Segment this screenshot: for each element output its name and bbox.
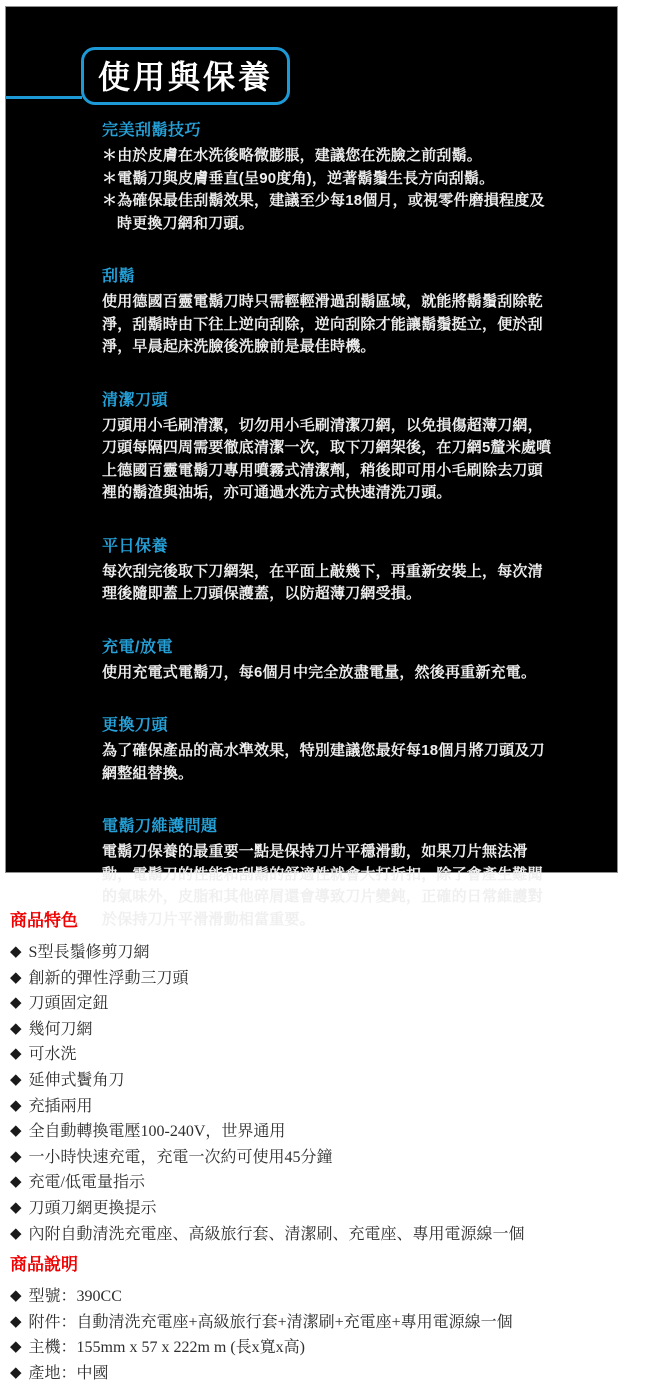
spec-text: 主機：155mm x 57 x 222m m (長x寬x高) xyxy=(29,1339,305,1356)
section-body: 每次刮完後取下刀網架，在平面上敲幾下，再重新安裝上，每次清理後隨即蓋上刀頭保護蓋… xyxy=(102,561,554,606)
specs-heading: 商品說明 xyxy=(10,1250,513,1275)
diamond-bullet-icon: ◆ xyxy=(10,1195,22,1221)
feature-text: 創新的彈性浮動三刀頭 xyxy=(29,970,189,987)
tip-line: ＊電鬍刀與皮膚垂直(呈90度角)，逆著鬍鬚生長方向刮鬍。 xyxy=(102,168,554,191)
list-item: ◆一小時快速充電，充電一次約可使用45分鐘 xyxy=(10,1145,525,1171)
diamond-bullet-icon: ◆ xyxy=(10,1016,22,1042)
section-shaving-tips: 完美刮鬍技巧 ＊由於皮膚在水洗後略微膨脹，建議您在洗臉之前刮鬍。 ＊電鬍刀與皮膚… xyxy=(102,117,554,235)
section-daily-care: 平日保養 每次刮完後取下刀網架，在平面上敲幾下，再重新安裝上，每次清理後隨即蓋上… xyxy=(102,533,554,606)
section-shaving: 刮鬍 使用德國百靈電鬍刀時只需輕輕滑過刮鬍區域，就能將鬍鬚刮除乾淨，刮鬍時由下往… xyxy=(102,263,554,359)
diamond-bullet-icon: ◆ xyxy=(10,965,22,991)
spec-text: 型號：390CC xyxy=(29,1288,122,1305)
diamond-bullet-icon: ◆ xyxy=(10,1067,22,1093)
feature-text: 可水洗 xyxy=(29,1046,77,1063)
diamond-bullet-icon: ◆ xyxy=(10,990,22,1016)
list-item: ◆可水洗 xyxy=(10,1042,525,1068)
features-list: ◆S型長鬚修剪刀網 ◆創新的彈性浮動三刀頭 ◆刀頭固定鈕 ◆幾何刀網 ◆可水洗 … xyxy=(10,940,525,1247)
section-body: 使用德國百靈電鬍刀時只需輕輕滑過刮鬍區域，就能將鬍鬚刮除乾淨，刮鬍時由下往上逆向… xyxy=(102,291,554,359)
list-item: ◆充插兩用 xyxy=(10,1094,525,1120)
section-heading: 完美刮鬍技巧 xyxy=(102,117,554,140)
feature-text: 全自動轉換電壓100-240V，世界通用 xyxy=(29,1123,286,1140)
list-item: ◆延伸式鬢角刀 xyxy=(10,1068,525,1094)
diamond-bullet-icon: ◆ xyxy=(10,1169,22,1195)
feature-text: 延伸式鬢角刀 xyxy=(29,1072,125,1089)
feature-text: 刀頭刀網更換提示 xyxy=(29,1200,157,1217)
section-charge-discharge: 充電/放電 使用充電式電鬍刀，每6個月中完全放盡電量，然後再重新充電。 xyxy=(102,634,554,685)
list-item: ◆幾何刀網 xyxy=(10,1017,525,1043)
list-item: ◆全自動轉換電壓100-240V，世界通用 xyxy=(10,1119,525,1145)
specs-section: 商品說明 ◆型號：390CC ◆附件：自動清洗充電座+高級旅行套+清潔刷+充電座… xyxy=(10,1250,513,1386)
section-body: 使用充電式電鬍刀，每6個月中完全放盡電量，然後再重新充電。 xyxy=(102,662,554,685)
care-panel-title-box: 使用與保養 xyxy=(81,47,290,105)
diamond-bullet-icon: ◆ xyxy=(10,1309,22,1335)
features-heading: 商品特色 xyxy=(10,906,525,931)
diamond-bullet-icon: ◆ xyxy=(10,1283,22,1309)
diamond-bullet-icon: ◆ xyxy=(10,1041,22,1067)
specs-list: ◆型號：390CC ◆附件：自動清洗充電座+高級旅行套+清潔刷+充電座+專用電源… xyxy=(10,1284,513,1386)
diamond-bullet-icon: ◆ xyxy=(10,1118,22,1144)
section-heading: 充電/放電 xyxy=(102,634,554,657)
list-item: ◆主機：155mm x 57 x 222m m (長x寬x高) xyxy=(10,1335,513,1361)
feature-text: 內附自動清洗充電座、高級旅行套、清潔刷、充電座、專用電源線一個 xyxy=(29,1226,525,1243)
list-item: ◆刀頭固定鈕 xyxy=(10,991,525,1017)
list-item: ◆刀頭刀網更換提示 xyxy=(10,1196,525,1222)
diamond-bullet-icon: ◆ xyxy=(10,939,22,965)
list-item: ◆內附自動清洗充電座、高級旅行套、清潔刷、充電座、專用電源線一個 xyxy=(10,1222,525,1248)
section-body: 刀頭用小毛刷清潔，切勿用小毛刷清潔刀網，以免損傷超薄刀網，刀頭每隔四周需要徹底清… xyxy=(102,415,554,505)
tip-line: ＊由於皮膚在水洗後略微膨脹，建議您在洗臉之前刮鬍。 xyxy=(102,145,554,168)
section-replace-head: 更換刀頭 為了確保產品的高水準效果，特別建議您最好每18個月將刀頭及刀網整組替換… xyxy=(102,712,554,785)
care-panel: 使用與保養 完美刮鬍技巧 ＊由於皮膚在水洗後略微膨脹，建議您在洗臉之前刮鬍。 ＊… xyxy=(5,6,618,873)
product-detail-page: 使用與保養 完美刮鬍技巧 ＊由於皮膚在水洗後略微膨脹，建議您在洗臉之前刮鬍。 ＊… xyxy=(0,0,650,1386)
care-panel-title: 使用與保養 xyxy=(98,59,273,95)
features-section: 商品特色 ◆S型長鬚修剪刀網 ◆創新的彈性浮動三刀頭 ◆刀頭固定鈕 ◆幾何刀網 … xyxy=(10,906,525,1247)
diamond-bullet-icon: ◆ xyxy=(10,1093,22,1119)
feature-text: 幾何刀網 xyxy=(29,1021,93,1038)
care-panel-content: 完美刮鬍技巧 ＊由於皮膚在水洗後略微膨脹，建議您在洗臉之前刮鬍。 ＊電鬍刀與皮膚… xyxy=(102,117,554,931)
list-item: ◆S型長鬚修剪刀網 xyxy=(10,940,525,966)
list-item: ◆產地：中國 xyxy=(10,1361,513,1386)
section-heading: 更換刀頭 xyxy=(102,712,554,735)
feature-text: 一小時快速充電，充電一次約可使用45分鐘 xyxy=(29,1149,333,1166)
diamond-bullet-icon: ◆ xyxy=(10,1360,22,1386)
feature-text: 刀頭固定鈕 xyxy=(29,995,109,1012)
feature-text: 充插兩用 xyxy=(29,1098,93,1115)
section-clean-head: 清潔刀頭 刀頭用小毛刷清潔，切勿用小毛刷清潔刀網，以免損傷超薄刀網，刀頭每隔四周… xyxy=(102,387,554,505)
spec-text: 附件：自動清洗充電座+高級旅行套+清潔刷+充電座+專用電源線一個 xyxy=(29,1314,513,1331)
list-item: ◆充電/低電量指示 xyxy=(10,1170,525,1196)
list-item: ◆附件：自動清洗充電座+高級旅行套+清潔刷+充電座+專用電源線一個 xyxy=(10,1310,513,1336)
tip-line: ＊為確保最佳刮鬍效果，建議至少每18個月，或視零件磨損程度及時更換刀網和刀頭。 xyxy=(102,190,554,235)
diamond-bullet-icon: ◆ xyxy=(10,1221,22,1247)
list-item: ◆創新的彈性浮動三刀頭 xyxy=(10,966,525,992)
section-heading: 刮鬍 xyxy=(102,263,554,286)
diamond-bullet-icon: ◆ xyxy=(10,1334,22,1360)
feature-text: 充電/低電量指示 xyxy=(29,1174,145,1191)
accent-connector-line xyxy=(5,96,82,99)
list-item: ◆型號：390CC xyxy=(10,1284,513,1310)
diamond-bullet-icon: ◆ xyxy=(10,1144,22,1170)
section-heading: 清潔刀頭 xyxy=(102,387,554,410)
section-body: 為了確保產品的高水準效果，特別建議您最好每18個月將刀頭及刀網整組替換。 xyxy=(102,740,554,785)
spec-text: 產地：中國 xyxy=(29,1365,109,1382)
section-heading: 平日保養 xyxy=(102,533,554,556)
feature-text: S型長鬚修剪刀網 xyxy=(29,944,150,961)
section-heading: 電鬍刀維護問題 xyxy=(102,813,554,836)
